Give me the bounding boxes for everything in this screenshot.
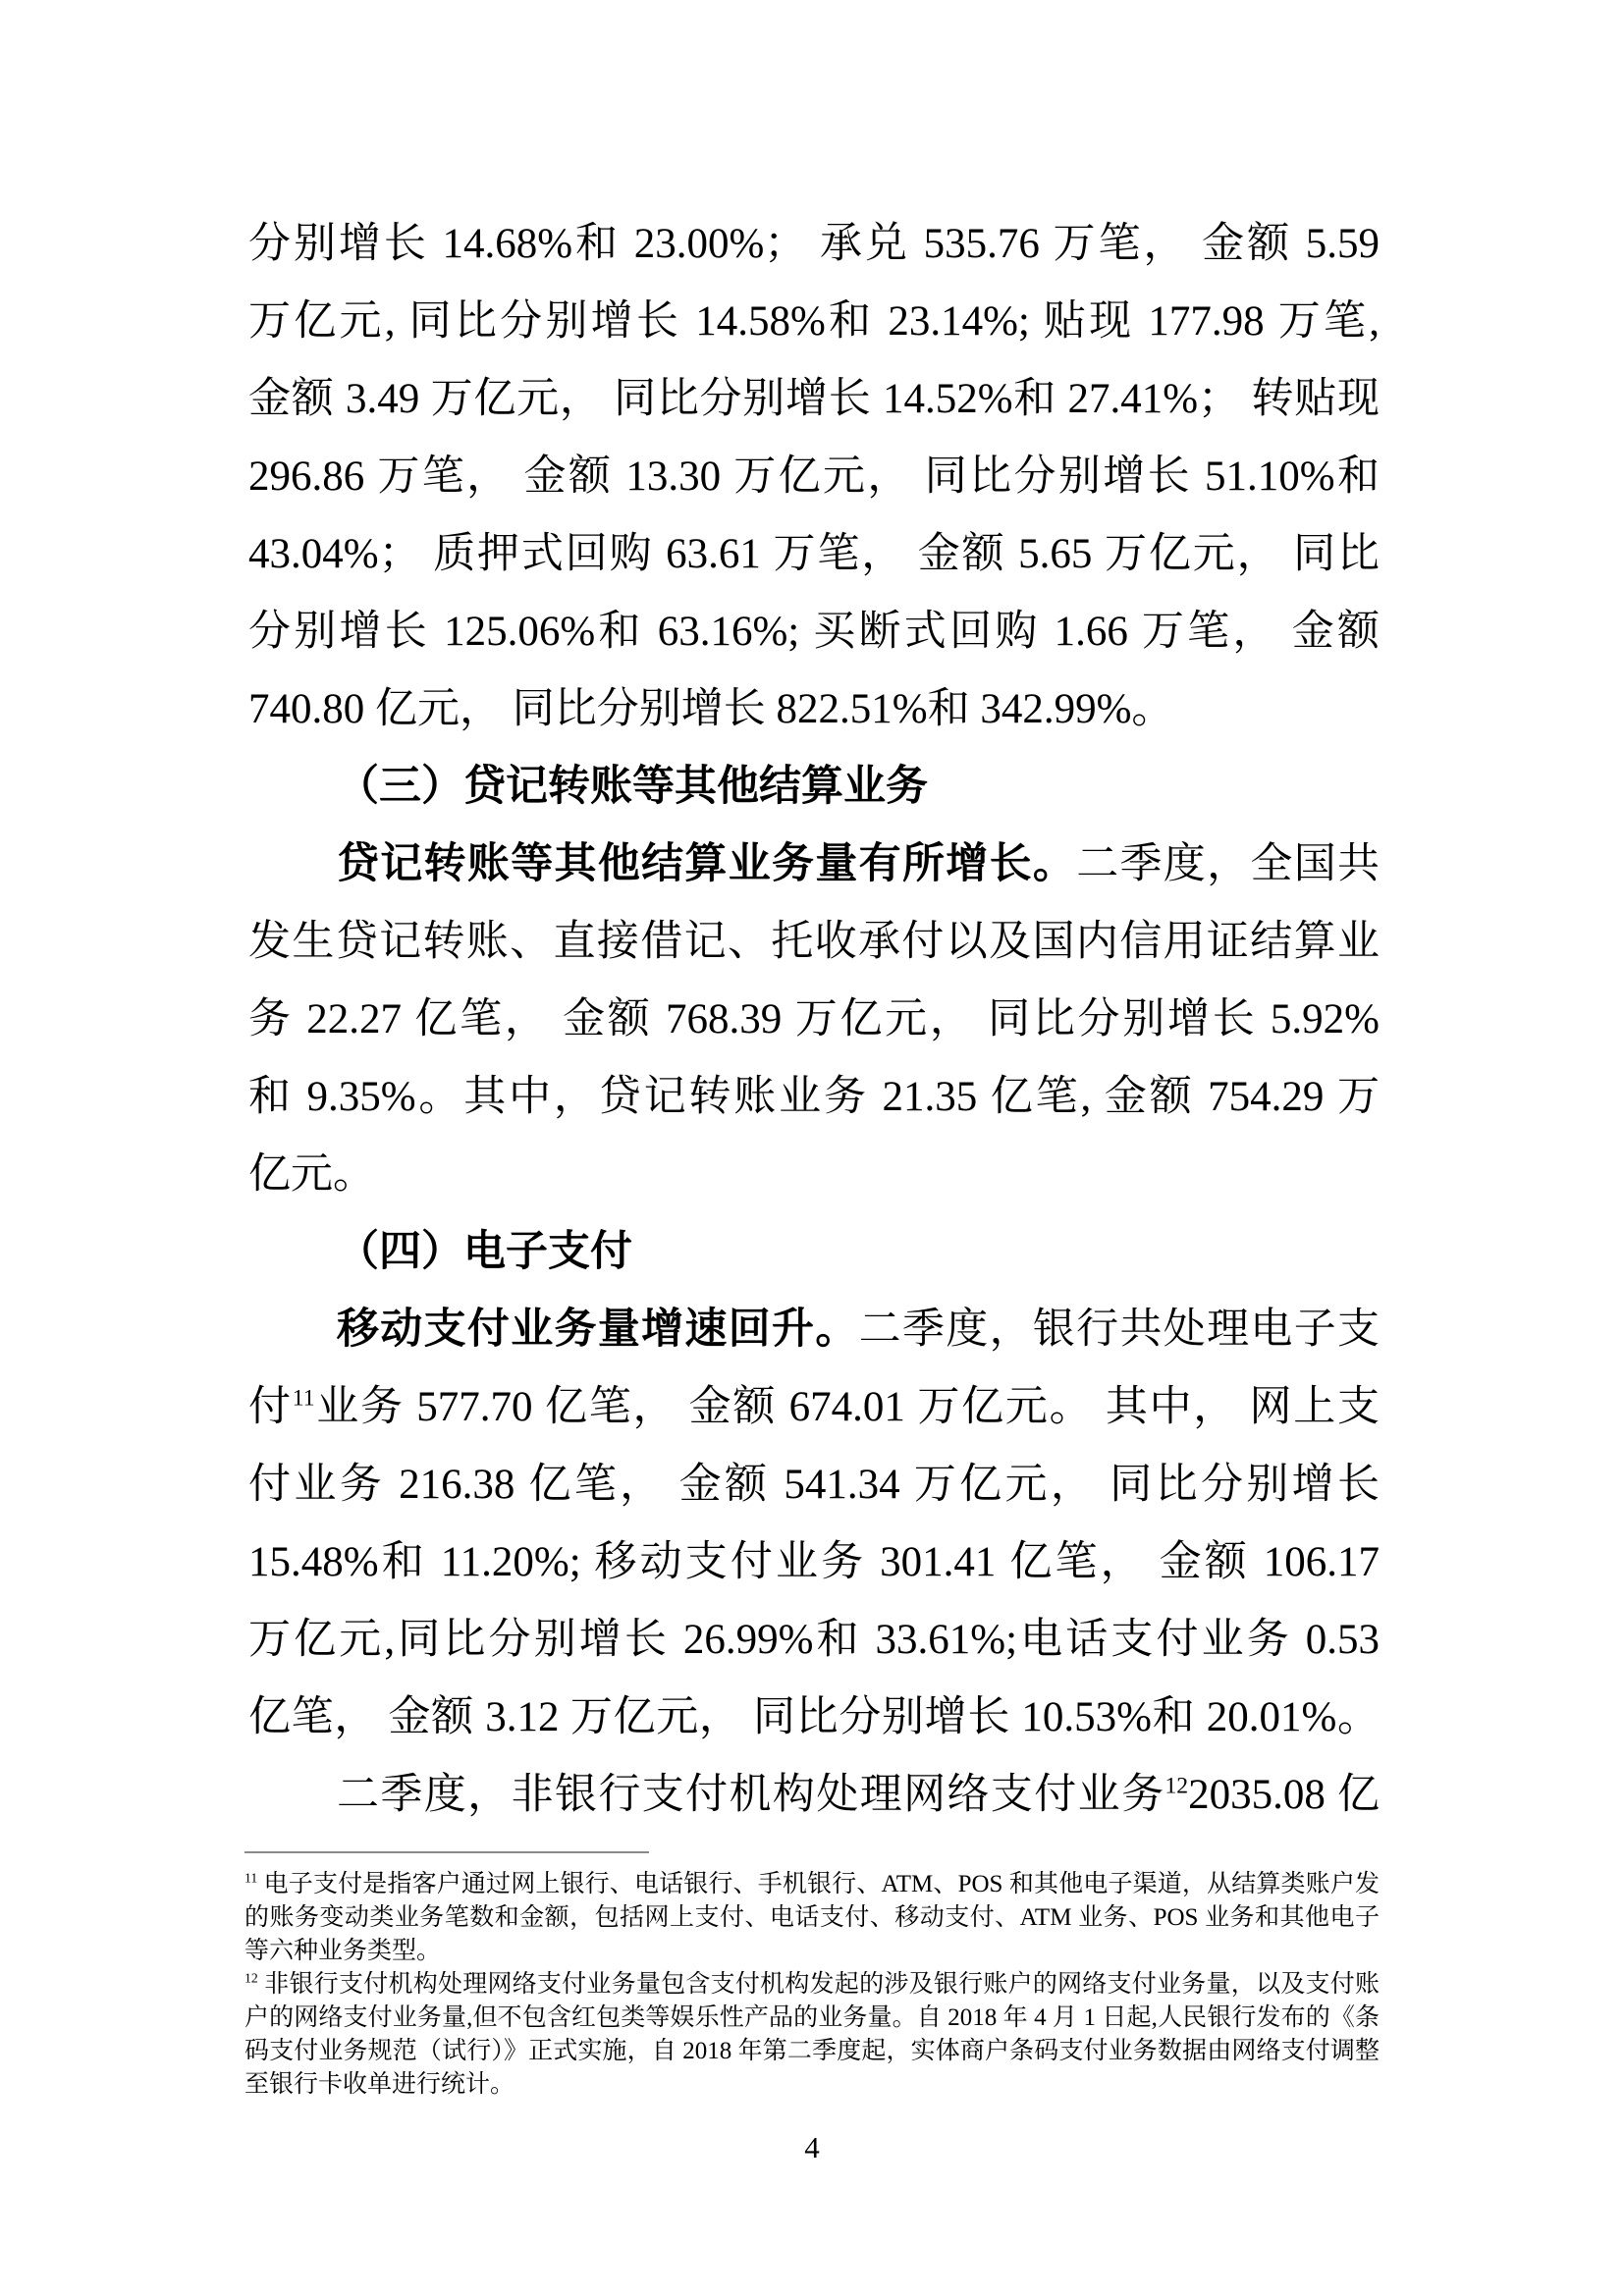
text-line: 296.86 万笔， 金额 13.30 万亿元， 同比分别增长 51.10%和 <box>248 438 1380 515</box>
text-segment: 电子支付是指客户通过网上银行、电话银行、手机银行、ATM、POS 和其他电子渠道… <box>244 1871 1380 1901</box>
text-line: 亿笔， 金额 3.12 万亿元， 同比分别增长 10.53%和 20.01%。 <box>248 1679 1380 1756</box>
text-line: 发生贷记转账、直接借记、托收承付以及国内信用证结算业 <box>248 903 1380 981</box>
footnote-marker: 12 <box>244 1971 258 1986</box>
text-segment: 2035.08 亿 <box>1188 1772 1380 1818</box>
text-segment: 等六种业务类型。 <box>244 1938 441 1964</box>
footnote-line: 11 电子支付是指客户通过网上银行、电话银行、手机银行、ATM、POS 和其他电… <box>244 1868 1380 1901</box>
text-segment: 分别增长 14.68%和 23.00%； 承兑 535.76 万笔， 金额 5.… <box>248 221 1380 267</box>
text-line: 分别增长 125.06%和 63.16%; 买断式回购 1.66 万笔， 金额 <box>248 593 1380 670</box>
text-line: 金额 3.49 万亿元， 同比分别增长 14.52%和 27.41%； 转贴现 <box>248 360 1380 438</box>
section-heading: （四）电子支付 <box>248 1213 1380 1291</box>
section-heading: （三）贷记转账等其他结算业务 <box>248 748 1380 826</box>
text-line: 分别增长 14.68%和 23.00%； 承兑 535.76 万笔， 金额 5.… <box>248 205 1380 283</box>
document-page: 分别增长 14.68%和 23.00%； 承兑 535.76 万笔， 金额 5.… <box>0 0 1624 2296</box>
text-segment: 二季度，银行共处理电子支 <box>859 1307 1380 1353</box>
text-segment: 296.86 万笔， 金额 13.30 万亿元， 同比分别增长 51.10%和 <box>248 454 1380 500</box>
text-segment: 二季度，全国共 <box>1076 841 1380 887</box>
text-line: 务 22.27 亿笔， 金额 768.39 万亿元， 同比分别增长 5.92% <box>248 981 1380 1058</box>
footnote-line: 等六种业务类型。 <box>244 1935 1380 1968</box>
text-segment: 业务 577.70 亿笔， 金额 674.01 万亿元。 其中， 网上支 <box>315 1384 1380 1430</box>
text-line: 付11业务 577.70 亿笔， 金额 674.01 万亿元。 其中， 网上支 <box>248 1368 1380 1446</box>
text-segment: 二季度，非银行支付机构处理网络支付业务 <box>337 1772 1164 1818</box>
text-segment: 的账务变动类业务笔数和金额，包括网上支付、电话支付、移动支付、ATM 业务、PO… <box>244 1904 1380 1935</box>
text-segment: 付业务 216.38 亿笔， 金额 541.34 万亿元， 同比分别增长 <box>248 1462 1380 1508</box>
text-segment: 亿笔， 金额 3.12 万亿元， 同比分别增长 10.53%和 20.01%。 <box>248 1694 1380 1740</box>
footnote-line: 12 非银行支付机构处理网络支付业务量包含支付机构发起的涉及银行账户的网络支付业… <box>244 1968 1380 2002</box>
text-line: 亿元。 <box>248 1136 1380 1213</box>
footnote-ref: 11 <box>293 1386 315 1412</box>
text-segment: 万亿元,同比分别增长 26.99%和 33.61%;电话支付业务 0.53 <box>248 1617 1380 1663</box>
text-line: 万亿元, 同比分别增长 14.58%和 23.14%; 贴现 177.98 万笔… <box>248 283 1380 360</box>
text-segment: 亿元。 <box>248 1151 375 1198</box>
text-segment: 740.80 亿元， 同比分别增长 822.51%和 342.99%。 <box>248 686 1173 732</box>
text-segment: 付 <box>248 1384 293 1430</box>
text-segment: 分别增长 125.06%和 63.16%; 买断式回购 1.66 万笔， 金额 <box>248 609 1380 655</box>
text-line: 二季度，非银行支付机构处理网络支付业务122035.08 亿 <box>248 1756 1380 1834</box>
text-segment: 43.04%； 质押式回购 63.61 万笔， 金额 5.65 万亿元， 同比 <box>248 531 1380 577</box>
footnote-line: 码支付业务规范（试行）》正式实施，自 2018 年第二季度起，实体商户条码支付业… <box>244 2035 1380 2068</box>
text-segment: 至银行卡收单进行统计。 <box>244 2071 514 2098</box>
footnote-marker: 11 <box>244 1871 257 1886</box>
footnotes-block: 11 电子支付是指客户通过网上银行、电话银行、手机银行、ATM、POS 和其他电… <box>244 1868 1380 2102</box>
footnote-line: 户的网络支付业务量,但不包含红包类等娱乐性产品的业务量。自 2018 年 4 月… <box>244 2002 1380 2035</box>
text-line: 贷记转账等其他结算业务量有所增长。二季度，全国共 <box>248 826 1380 903</box>
text-line: 付业务 216.38 亿笔， 金额 541.34 万亿元， 同比分别增长 <box>248 1446 1380 1523</box>
text-segment: 和 9.35%。其中，贷记转账业务 21.35 亿笔, 金额 754.29 万 <box>248 1074 1380 1120</box>
text-segment: （四）电子支付 <box>337 1228 632 1275</box>
text-line: 740.80 亿元， 同比分别增长 822.51%和 342.99%。 <box>248 670 1380 748</box>
text-segment: （三）贷记转账等其他结算业务 <box>337 763 928 810</box>
text-segment: 移动支付业务量增速回升。 <box>337 1306 859 1353</box>
footnote-line: 的账务变动类业务笔数和金额，包括网上支付、电话支付、移动支付、ATM 业务、PO… <box>244 1901 1380 1935</box>
text-line: 移动支付业务量增速回升。二季度，银行共处理电子支 <box>248 1291 1380 1368</box>
text-segment: 发生贷记转账、直接借记、托收承付以及国内信用证结算业 <box>248 919 1380 965</box>
text-segment: 15.48%和 11.20%; 移动支付业务 301.41 亿笔， 金额 106… <box>248 1539 1380 1585</box>
text-segment: 贷记转账等其他结算业务量有所增长。 <box>337 840 1076 887</box>
footnote-line: 至银行卡收单进行统计。 <box>244 2068 1380 2102</box>
text-segment: 非银行支付机构处理网络支付业务量包含支付机构发起的涉及银行账户的网络支付业务量，… <box>258 1971 1380 1998</box>
text-segment: 户的网络支付业务量,但不包含红包类等娱乐性产品的业务量。自 2018 年 4 月… <box>244 2004 1380 2031</box>
text-line: 和 9.35%。其中，贷记转账业务 21.35 亿笔, 金额 754.29 万 <box>248 1058 1380 1136</box>
text-segment: 金额 3.49 万亿元， 同比分别增长 14.52%和 27.41%； 转贴现 <box>248 376 1380 422</box>
text-line: 15.48%和 11.20%; 移动支付业务 301.41 亿笔， 金额 106… <box>248 1523 1380 1601</box>
body-text-block: 分别增长 14.68%和 23.00%； 承兑 535.76 万笔， 金额 5.… <box>248 205 1380 1834</box>
page-number: 4 <box>0 2130 1624 2165</box>
footnote-ref: 12 <box>1164 1774 1188 1799</box>
text-segment: 务 22.27 亿笔， 金额 768.39 万亿元， 同比分别增长 5.92% <box>248 996 1380 1042</box>
footnote-separator <box>244 1851 649 1853</box>
text-segment: 万亿元, 同比分别增长 14.58%和 23.14%; 贴现 177.98 万笔… <box>248 298 1380 345</box>
text-line: 万亿元,同比分别增长 26.99%和 33.61%;电话支付业务 0.53 <box>248 1601 1380 1679</box>
text-line: 43.04%； 质押式回购 63.61 万笔， 金额 5.65 万亿元， 同比 <box>248 515 1380 593</box>
text-segment: 码支付业务规范（试行）》正式实施，自 2018 年第二季度起，实体商户条码支付业… <box>244 2038 1380 2064</box>
